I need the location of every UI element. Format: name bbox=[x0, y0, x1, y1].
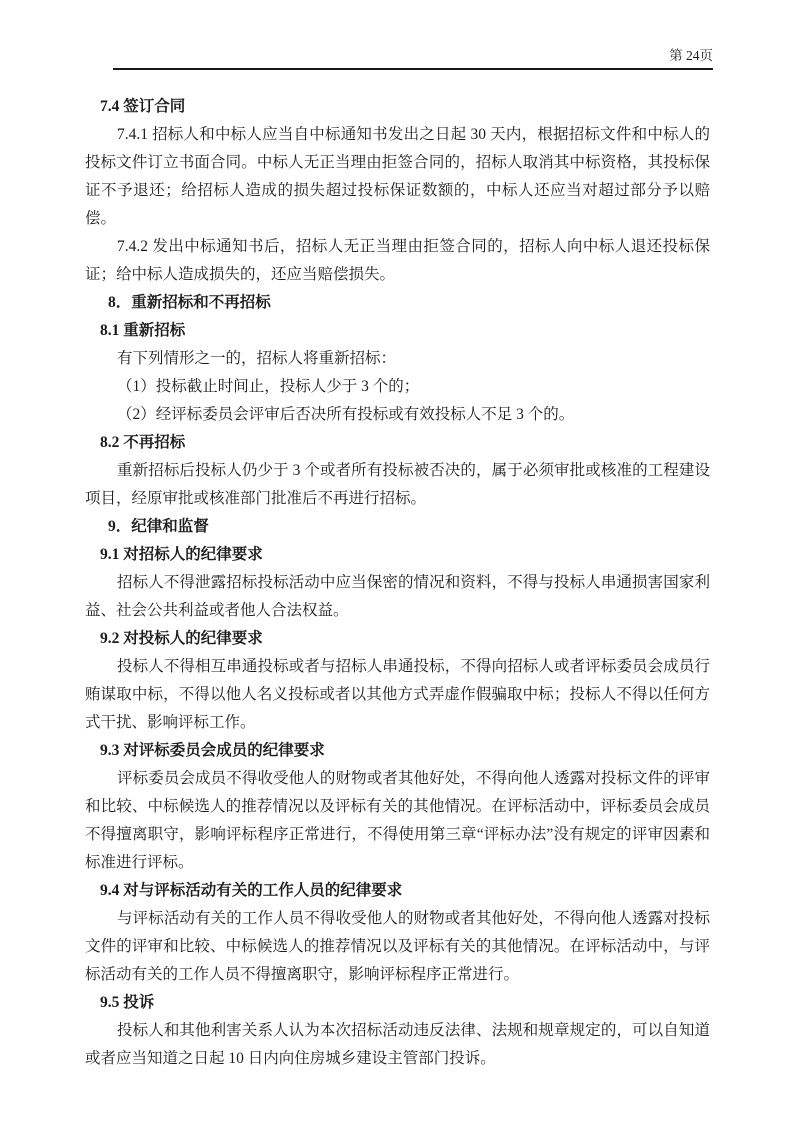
section-heading: 7.4 签订合同 bbox=[85, 93, 710, 121]
section-heading: 9.5 投诉 bbox=[85, 989, 710, 1017]
document-page: 第 24页 7.4 签订合同7.4.1 招标人和中标人应当自中标通知书发出之日起… bbox=[0, 0, 793, 1122]
section-heading: 9.3 对评标委员会成员的纪律要求 bbox=[85, 737, 710, 765]
paragraph: 7.4.2 发出中标通知书后，招标人无正当理由拒签合同的，招标人向中标人退还投标… bbox=[85, 233, 710, 289]
section-heading: 8.2 不再招标 bbox=[85, 429, 710, 457]
paragraph: （1）投标截止时间止，投标人少于 3 个的； bbox=[85, 373, 710, 401]
document-body: 7.4 签订合同7.4.1 招标人和中标人应当自中标通知书发出之日起 30 天内… bbox=[85, 93, 710, 1073]
section-heading: 8.1 重新招标 bbox=[85, 317, 710, 345]
page-header: 第 24页 bbox=[113, 46, 713, 70]
paragraph: 评标委员会成员不得收受他人的财物或者其他好处，不得向他人透露对投标文件的评审和比… bbox=[85, 765, 710, 877]
section-heading: 9．纪律和监督 bbox=[85, 513, 710, 541]
paragraph: 有下列情形之一的，招标人将重新招标： bbox=[85, 345, 710, 373]
paragraph: 与评标活动有关的工作人员不得收受他人的财物或者其他好处，不得向他人透露对投标文件… bbox=[85, 905, 710, 989]
paragraph: （2）经评标委员会评审后否决所有投标或有效投标人不足 3 个的。 bbox=[85, 401, 710, 429]
paragraph: 7.4.1 招标人和中标人应当自中标通知书发出之日起 30 天内，根据招标文件和… bbox=[85, 121, 710, 233]
section-heading: 8．重新招标和不再招标 bbox=[85, 289, 710, 317]
section-heading: 9.2 对投标人的纪律要求 bbox=[85, 625, 710, 653]
section-heading: 9.1 对招标人的纪律要求 bbox=[85, 541, 710, 569]
paragraph: 重新招标后投标人仍少于 3 个或者所有投标被否决的，属于必须审批或核准的工程建设… bbox=[85, 457, 710, 513]
section-heading: 9.4 对与评标活动有关的工作人员的纪律要求 bbox=[85, 877, 710, 905]
paragraph: 投标人不得相互串通投标或者与招标人串通投标，不得向招标人或者评标委员会成员行贿谋… bbox=[85, 653, 710, 737]
page-number: 第 24页 bbox=[669, 48, 713, 63]
paragraph: 投标人和其他利害关系人认为本次招标活动违反法律、法规和规章规定的，可以自知道或者… bbox=[85, 1017, 710, 1073]
paragraph: 招标人不得泄露招标投标活动中应当保密的情况和资料，不得与投标人串通损害国家利益、… bbox=[85, 569, 710, 625]
